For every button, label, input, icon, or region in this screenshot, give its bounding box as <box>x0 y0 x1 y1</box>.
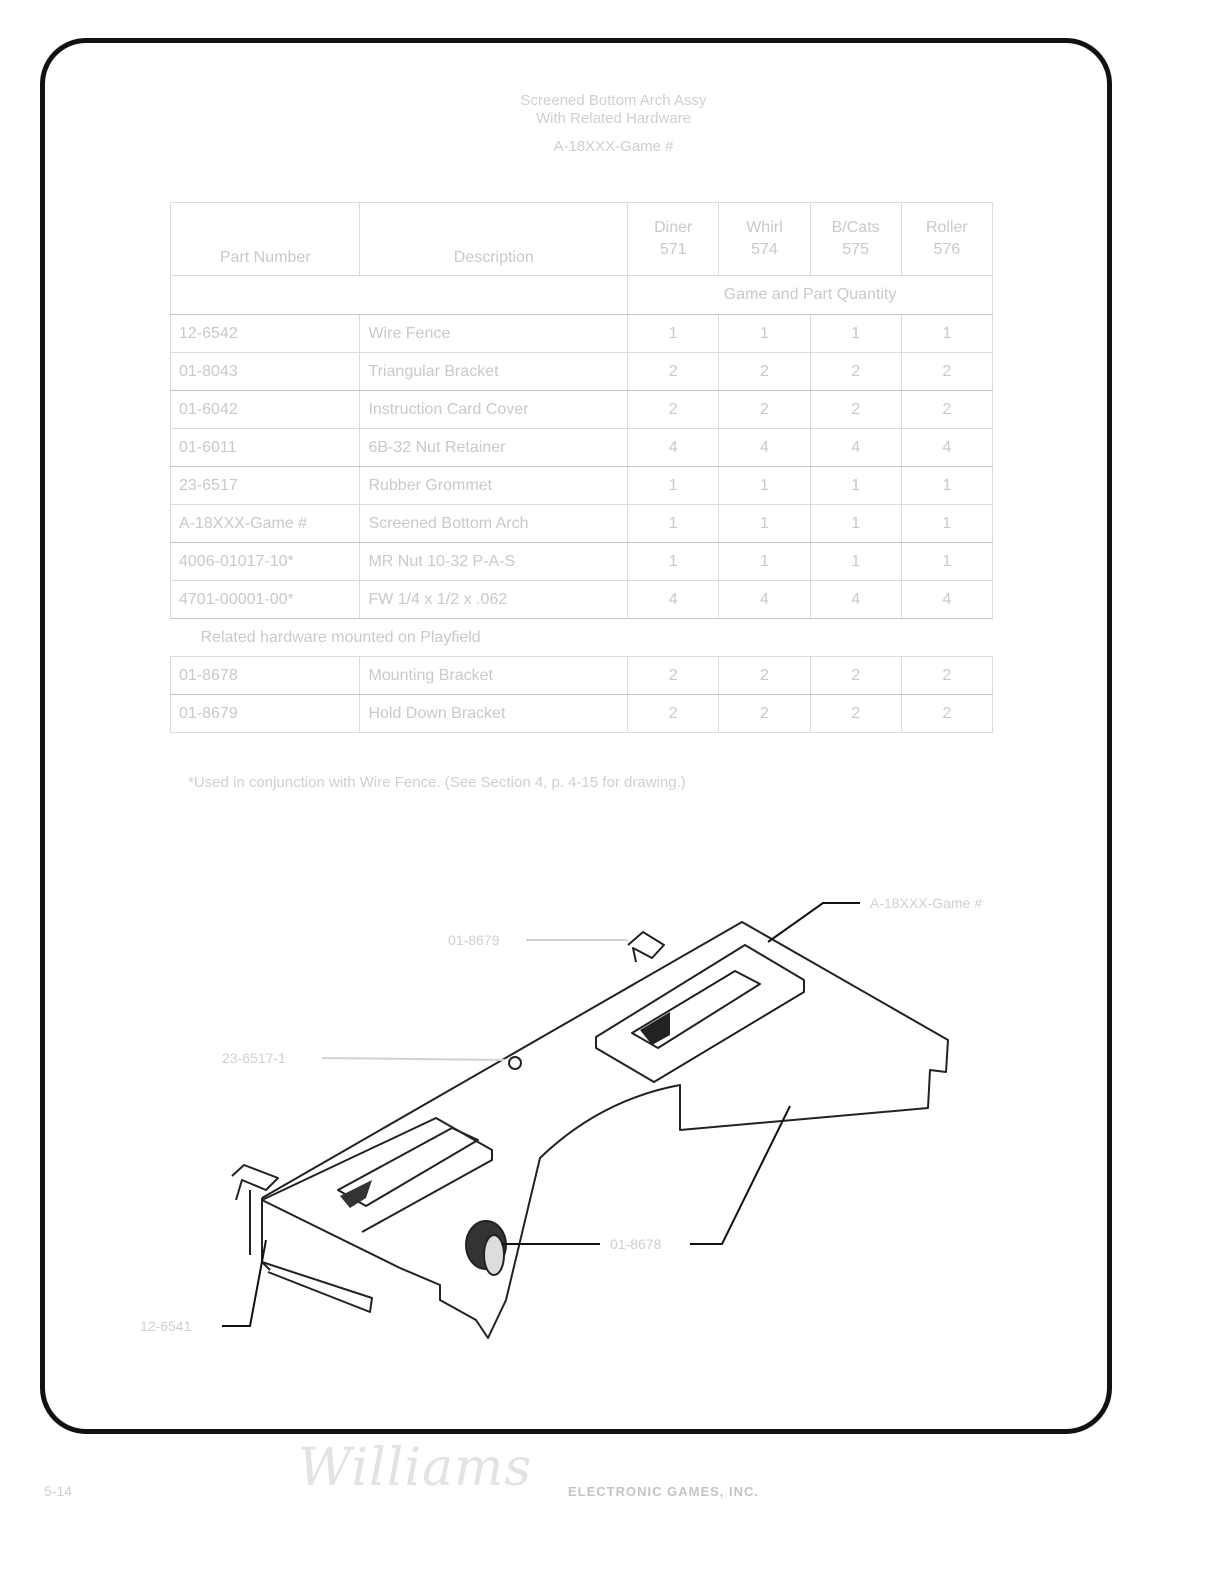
company-name: ELECTRONIC GAMES, INC. <box>568 1484 759 1499</box>
table-header-row: Part Number Description Diner571 Whirl57… <box>171 203 993 276</box>
part-quantity: 1 <box>901 505 992 543</box>
part-quantity: 2 <box>810 391 901 429</box>
part-number: 12-6542 <box>171 315 360 353</box>
part-description: MR Nut 10-32 P-A-S <box>360 543 628 581</box>
part-quantity: 4 <box>628 581 719 619</box>
part-description: Triangular Bracket <box>360 353 628 391</box>
part-quantity: 2 <box>901 353 992 391</box>
footnote: *Used in conjunction with Wire Fence. (S… <box>188 774 686 791</box>
column-game-bcats: B/Cats575 <box>810 203 901 276</box>
part-quantity: 1 <box>719 543 810 581</box>
part-quantity: 4 <box>719 581 810 619</box>
williams-logo: Williams <box>298 1438 532 1498</box>
part-quantity: 2 <box>901 391 992 429</box>
table-row: 01-8678Mounting Bracket2222 <box>171 657 993 695</box>
table-row: 01-6042Instruction Card Cover2222 <box>171 391 993 429</box>
table-row: 4006-01017-10*MR Nut 10-32 P-A-S1111 <box>171 543 993 581</box>
column-game-whirl: Whirl574 <box>719 203 810 276</box>
table-row: 01-8043Triangular Bracket2222 <box>171 353 993 391</box>
part-number: 4006-01017-10* <box>171 543 360 581</box>
quantity-header-row: Game and Part Quantity <box>171 276 993 315</box>
part-quantity: 1 <box>810 315 901 353</box>
part-quantity: 2 <box>810 695 901 733</box>
column-description: Description <box>360 203 628 276</box>
part-description: 6B-32 Nut Retainer <box>360 429 628 467</box>
part-description: Mounting Bracket <box>360 657 628 695</box>
parts-table: Part Number Description Diner571 Whirl57… <box>170 202 993 733</box>
part-quantity: 2 <box>901 657 992 695</box>
part-quantity: 1 <box>719 315 810 353</box>
callout-grommet: 23-6517-1 <box>222 1050 286 1066</box>
part-description: Instruction Card Cover <box>360 391 628 429</box>
part-quantity: 1 <box>810 505 901 543</box>
part-quantity: 2 <box>719 695 810 733</box>
part-number: 01-6042 <box>171 391 360 429</box>
table-row: A-18XXX-Game #Screened Bottom Arch1111 <box>171 505 993 543</box>
part-quantity: 1 <box>901 315 992 353</box>
page-number: 5-14 <box>44 1483 72 1499</box>
part-quantity: 1 <box>719 467 810 505</box>
table-row: 23-6517Rubber Grommet1111 <box>171 467 993 505</box>
quantity-header: Game and Part Quantity <box>628 276 993 315</box>
document-title: Screened Bottom Arch Assy With Related H… <box>0 92 1227 156</box>
part-quantity: 4 <box>901 429 992 467</box>
callout-hold-down-bracket: 01-8679 <box>448 932 499 948</box>
part-description: Hold Down Bracket <box>360 695 628 733</box>
part-quantity: 1 <box>810 543 901 581</box>
part-description: Wire Fence <box>360 315 628 353</box>
table-row: 01-60116B-32 Nut Retainer4444 <box>171 429 993 467</box>
part-quantity: 1 <box>719 505 810 543</box>
part-quantity: 1 <box>810 467 901 505</box>
table-row: 12-6542Wire Fence1111 <box>171 315 993 353</box>
callout-wire-fence: 12-6541 <box>140 1318 191 1334</box>
part-quantity: 2 <box>628 657 719 695</box>
part-quantity: 1 <box>901 543 992 581</box>
title-line-2: With Related Hardware <box>0 110 1227 128</box>
part-description: FW 1/4 x 1/2 x .062 <box>360 581 628 619</box>
part-quantity: 4 <box>901 581 992 619</box>
title-line-1: Screened Bottom Arch Assy <box>0 92 1227 110</box>
section-label: Related hardware mounted on Playfield <box>171 619 993 657</box>
part-number: A-18XXX-Game # <box>171 505 360 543</box>
part-number: 01-8678 <box>171 657 360 695</box>
part-quantity: 4 <box>628 429 719 467</box>
column-game-diner: Diner571 <box>628 203 719 276</box>
part-quantity: 2 <box>719 391 810 429</box>
column-part-number: Part Number <box>171 203 360 276</box>
part-quantity: 2 <box>901 695 992 733</box>
part-quantity: 1 <box>901 467 992 505</box>
callout-arch: A-18XXX-Game # <box>870 895 982 911</box>
column-game-roller: Roller576 <box>901 203 992 276</box>
part-quantity: 1 <box>628 467 719 505</box>
table-row: 01-8679Hold Down Bracket2222 <box>171 695 993 733</box>
part-quantity: 1 <box>628 543 719 581</box>
part-quantity: 1 <box>628 315 719 353</box>
part-quantity: 2 <box>628 353 719 391</box>
part-number: 01-6011 <box>171 429 360 467</box>
section-row: Related hardware mounted on Playfield <box>171 619 993 657</box>
callout-mounting-bracket: 01-8678 <box>610 1236 661 1252</box>
part-quantity: 2 <box>719 657 810 695</box>
part-quantity: 2 <box>810 353 901 391</box>
part-quantity: 1 <box>628 505 719 543</box>
part-description: Rubber Grommet <box>360 467 628 505</box>
assembly-number: A-18XXX-Game # <box>0 138 1227 156</box>
part-quantity: 4 <box>810 581 901 619</box>
part-quantity: 4 <box>719 429 810 467</box>
part-number: 01-8043 <box>171 353 360 391</box>
part-number: 01-8679 <box>171 695 360 733</box>
table-row: 4701-00001-00*FW 1/4 x 1/2 x .0624444 <box>171 581 993 619</box>
part-quantity: 2 <box>719 353 810 391</box>
part-quantity: 4 <box>810 429 901 467</box>
part-quantity: 2 <box>628 391 719 429</box>
part-quantity: 2 <box>810 657 901 695</box>
part-description: Screened Bottom Arch <box>360 505 628 543</box>
part-number: 4701-00001-00* <box>171 581 360 619</box>
part-number: 23-6517 <box>171 467 360 505</box>
part-quantity: 2 <box>628 695 719 733</box>
